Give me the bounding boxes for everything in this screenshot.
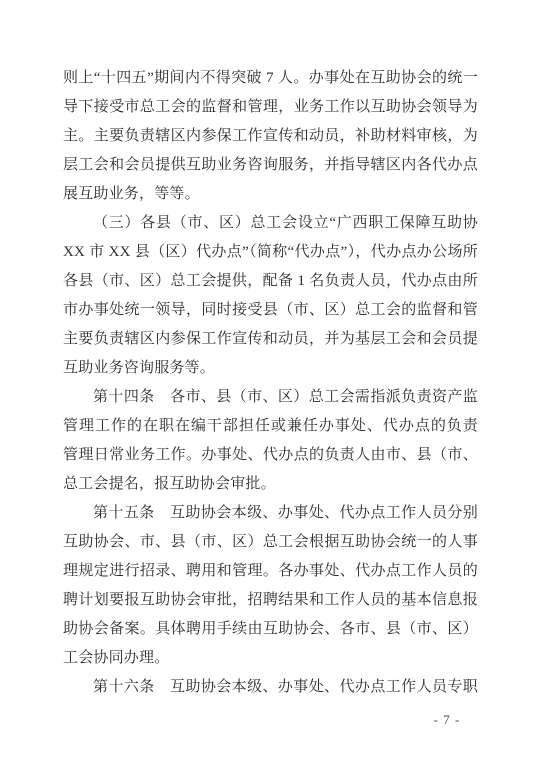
text-line: 各县（市、区）总工会提供，配备 1 名负责人员，代办点由所在	[63, 267, 478, 296]
text-line: 管理工作的在职在编干部担任或兼任办事处、代办点的负责人，	[63, 412, 478, 441]
text-line: 理规定进行招录、聘用和管理。各办事处、代办点工作人员的招	[63, 557, 478, 586]
text-line: 则上“十四五”期间内不得突破 7 人。办事处在互助协会的统一领	[63, 64, 478, 93]
text-line: 第十六条 互助协会本级、办事处、代办点工作人员专职专	[63, 673, 478, 702]
document-page: 则上“十四五”期间内不得突破 7 人。办事处在互助协会的统一领导下接受市总工会的…	[0, 0, 541, 766]
text-line: 第十五条 互助协会本级、办事处、代办点工作人员分别由	[63, 499, 478, 528]
paragraph: 第十六条 互助协会本级、办事处、代办点工作人员专职专	[63, 673, 478, 702]
text-line: 互助协会、市、县（市、区）总工会根据互助协会统一的人事管	[63, 528, 478, 557]
text-line: （三）各县（市、区）总工会设立“广西职工保障互助协会	[63, 209, 478, 238]
text-line: 第十四条 各市、县（市、区）总工会需指派负责资产监督	[63, 383, 478, 412]
text-line: 聘计划要报互助协会审批，招聘结果和工作人员的基本信息报互	[63, 586, 478, 615]
text-line: 主要负责辖区内参保工作宣传和动员，并为基层工会和会员提供	[63, 325, 478, 354]
paragraph: 第十四条 各市、县（市、区）总工会需指派负责资产监督管理工作的在职在编干部担任或…	[63, 383, 478, 499]
text-line: 工会协同办理。	[63, 644, 478, 673]
paragraph: 则上“十四五”期间内不得突破 7 人。办事处在互助协会的统一领导下接受市总工会的…	[63, 64, 478, 209]
text-line: 展互助业务，等等。	[63, 180, 478, 209]
text-line: XX 市 XX 县（区）代办点”（简称“代办点”），代办点办公场所由	[63, 238, 478, 267]
text-line: 导下接受市总工会的监督和管理，业务工作以互助协会领导为	[63, 93, 478, 122]
paragraph: （三）各县（市、区）总工会设立“广西职工保障互助协会XX 市 XX 县（区）代办…	[63, 209, 478, 383]
paragraph: 第十五条 互助协会本级、办事处、代办点工作人员分别由互助协会、市、县（市、区）总…	[63, 499, 478, 673]
text-line: 管理日常业务工作。办事处、代办点的负责人由市、县（市、区）	[63, 441, 478, 470]
text-line: 助协会备案。具体聘用手续由互助协会、各市、县（市、区）总	[63, 615, 478, 644]
page-number: - 7 -	[420, 710, 474, 730]
text-line: 互助业务咨询服务等。	[63, 354, 478, 383]
text-line: 市办事处统一领导，同时接受县（市、区）总工会的监督和管理，	[63, 296, 478, 325]
text-line: 主。主要负责辖区内参保工作宣传和动员，补助材料审核，为基	[63, 122, 478, 151]
text-line: 总工会提名，报互助协会审批。	[63, 470, 478, 499]
document-body: 则上“十四五”期间内不得突破 7 人。办事处在互助协会的统一领导下接受市总工会的…	[63, 64, 478, 702]
text-line: 层工会和会员提供互助业务咨询服务，并指导辖区内各代办点开	[63, 151, 478, 180]
